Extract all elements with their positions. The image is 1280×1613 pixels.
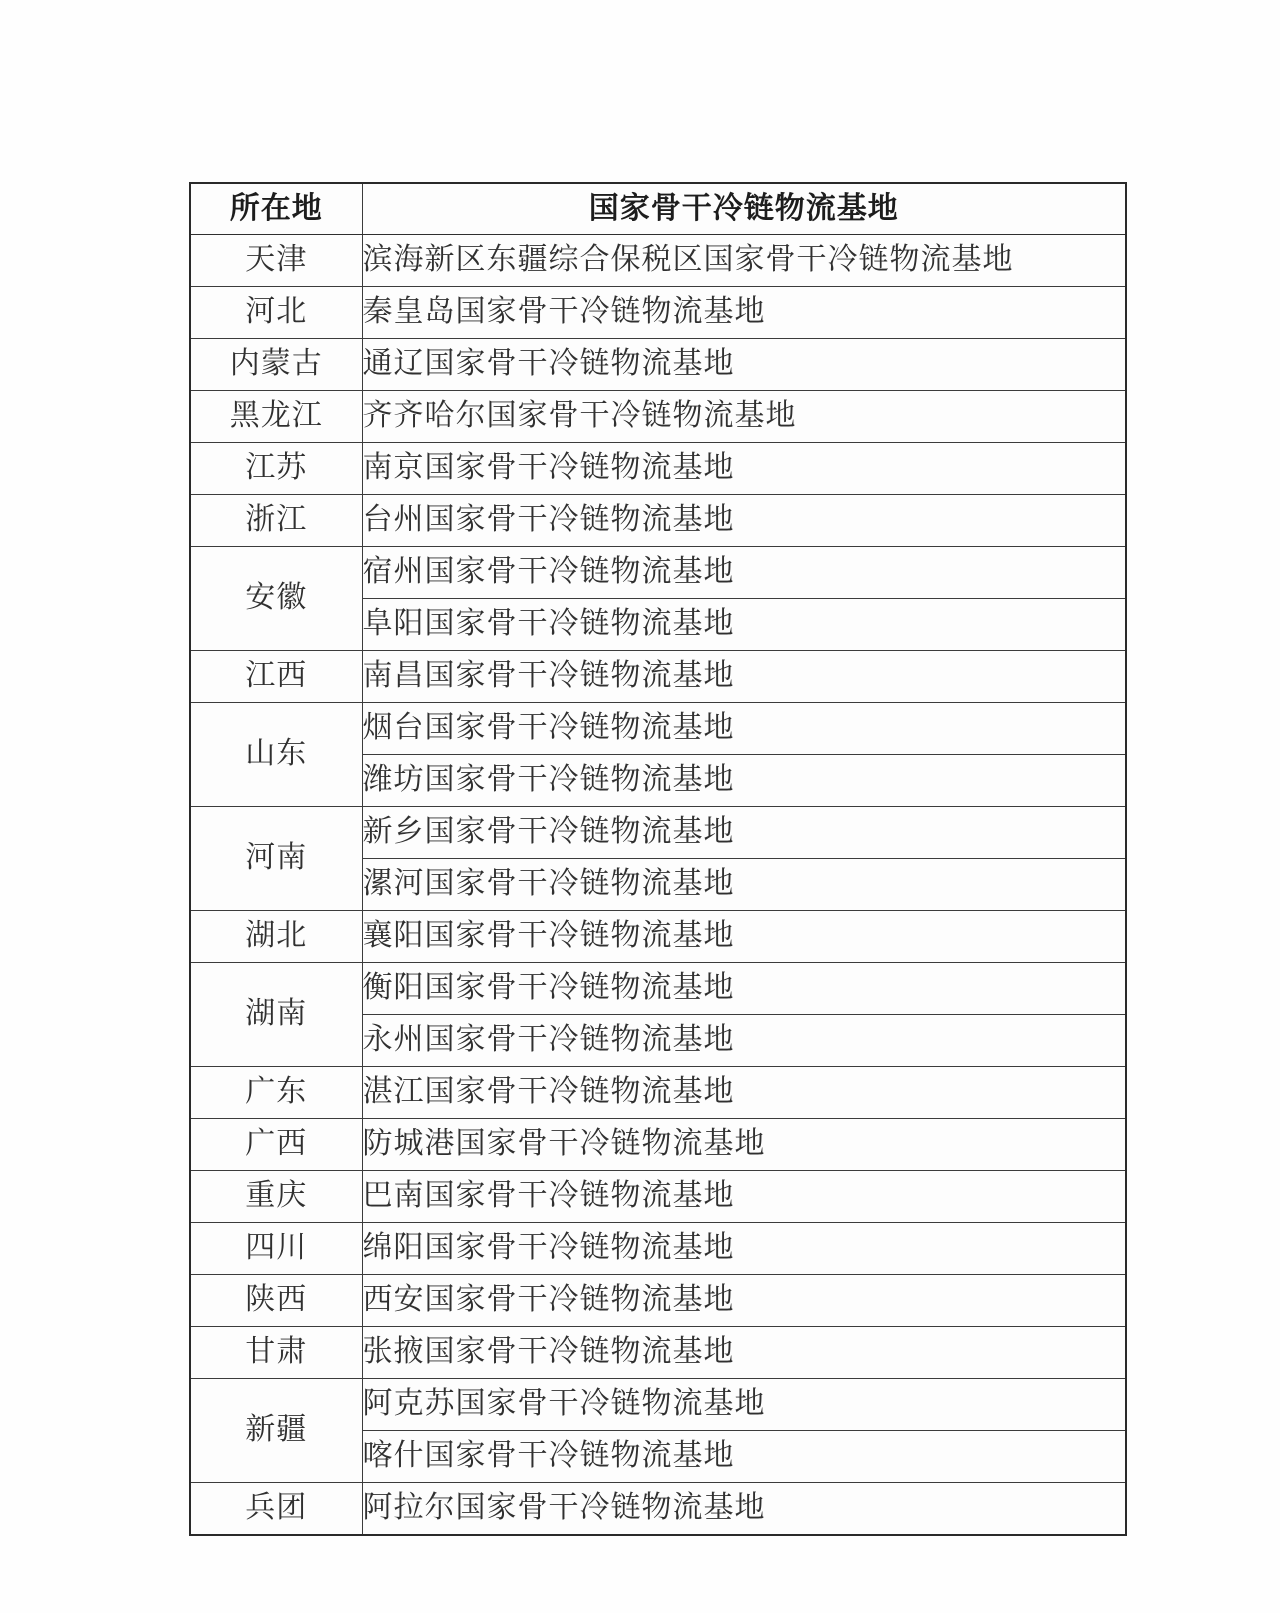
base-cell: 巴南国家骨干冷链物流基地 <box>362 1171 1126 1223</box>
base-cell: 新乡国家骨干冷链物流基地 <box>362 807 1126 859</box>
province-cell: 河南 <box>190 807 362 911</box>
cold-chain-base-table: 所在地 国家骨干冷链物流基地 天津滨海新区东疆综合保税区国家骨干冷链物流基地河北… <box>189 182 1127 1536</box>
base-cell: 宿州国家骨干冷链物流基地 <box>362 547 1126 599</box>
province-cell: 四川 <box>190 1223 362 1275</box>
table-row: 内蒙古通辽国家骨干冷链物流基地 <box>190 339 1126 391</box>
province-cell: 江苏 <box>190 443 362 495</box>
base-cell: 滨海新区东疆综合保税区国家骨干冷链物流基地 <box>362 235 1126 287</box>
province-cell: 天津 <box>190 235 362 287</box>
base-cell: 襄阳国家骨干冷链物流基地 <box>362 911 1126 963</box>
table-row: 新疆阿克苏国家骨干冷链物流基地 <box>190 1379 1126 1431</box>
province-cell: 甘肃 <box>190 1327 362 1379</box>
base-cell: 西安国家骨干冷链物流基地 <box>362 1275 1126 1327</box>
province-cell: 广西 <box>190 1119 362 1171</box>
province-cell: 江西 <box>190 651 362 703</box>
province-cell: 湖南 <box>190 963 362 1067</box>
base-cell: 阜阳国家骨干冷链物流基地 <box>362 599 1126 651</box>
province-cell: 重庆 <box>190 1171 362 1223</box>
table-row: 湖南衡阳国家骨干冷链物流基地 <box>190 963 1126 1015</box>
province-cell: 内蒙古 <box>190 339 362 391</box>
table-row: 山东烟台国家骨干冷链物流基地 <box>190 703 1126 755</box>
table-row: 兵团阿拉尔国家骨干冷链物流基地 <box>190 1483 1126 1536</box>
table-row: 四川绵阳国家骨干冷链物流基地 <box>190 1223 1126 1275</box>
base-cell: 南昌国家骨干冷链物流基地 <box>362 651 1126 703</box>
table-row: 江西南昌国家骨干冷链物流基地 <box>190 651 1126 703</box>
header-base: 国家骨干冷链物流基地 <box>362 183 1126 235</box>
table-row: 甘肃张掖国家骨干冷链物流基地 <box>190 1327 1126 1379</box>
table-row: 广西防城港国家骨干冷链物流基地 <box>190 1119 1126 1171</box>
table-row: 黑龙江齐齐哈尔国家骨干冷链物流基地 <box>190 391 1126 443</box>
base-cell: 南京国家骨干冷链物流基地 <box>362 443 1126 495</box>
table-row: 湖北襄阳国家骨干冷链物流基地 <box>190 911 1126 963</box>
base-cell: 阿拉尔国家骨干冷链物流基地 <box>362 1483 1126 1536</box>
table-row: 浙江台州国家骨干冷链物流基地 <box>190 495 1126 547</box>
base-cell: 张掖国家骨干冷链物流基地 <box>362 1327 1126 1379</box>
table-row: 广东湛江国家骨干冷链物流基地 <box>190 1067 1126 1119</box>
base-cell: 湛江国家骨干冷链物流基地 <box>362 1067 1126 1119</box>
base-cell: 衡阳国家骨干冷链物流基地 <box>362 963 1126 1015</box>
base-cell: 秦皇岛国家骨干冷链物流基地 <box>362 287 1126 339</box>
base-cell: 烟台国家骨干冷链物流基地 <box>362 703 1126 755</box>
base-cell: 永州国家骨干冷链物流基地 <box>362 1015 1126 1067</box>
table-row: 安徽宿州国家骨干冷链物流基地 <box>190 547 1126 599</box>
table-body: 天津滨海新区东疆综合保税区国家骨干冷链物流基地河北秦皇岛国家骨干冷链物流基地内蒙… <box>190 235 1126 1536</box>
province-cell: 山东 <box>190 703 362 807</box>
province-cell: 陕西 <box>190 1275 362 1327</box>
base-cell: 潍坊国家骨干冷链物流基地 <box>362 755 1126 807</box>
base-cell: 喀什国家骨干冷链物流基地 <box>362 1431 1126 1483</box>
base-cell: 绵阳国家骨干冷链物流基地 <box>362 1223 1126 1275</box>
base-cell: 阿克苏国家骨干冷链物流基地 <box>362 1379 1126 1431</box>
table-row: 重庆巴南国家骨干冷链物流基地 <box>190 1171 1126 1223</box>
base-cell: 通辽国家骨干冷链物流基地 <box>362 339 1126 391</box>
table-row: 天津滨海新区东疆综合保税区国家骨干冷链物流基地 <box>190 235 1126 287</box>
base-cell: 防城港国家骨干冷链物流基地 <box>362 1119 1126 1171</box>
province-cell: 广东 <box>190 1067 362 1119</box>
base-cell: 齐齐哈尔国家骨干冷链物流基地 <box>362 391 1126 443</box>
province-cell: 浙江 <box>190 495 362 547</box>
header-location: 所在地 <box>190 183 362 235</box>
province-cell: 安徽 <box>190 547 362 651</box>
table-header-row: 所在地 国家骨干冷链物流基地 <box>190 183 1126 235</box>
table-row: 河北秦皇岛国家骨干冷链物流基地 <box>190 287 1126 339</box>
base-cell: 漯河国家骨干冷链物流基地 <box>362 859 1126 911</box>
document-page: 所在地 国家骨干冷链物流基地 天津滨海新区东疆综合保税区国家骨干冷链物流基地河北… <box>0 0 1280 1613</box>
base-cell: 台州国家骨干冷链物流基地 <box>362 495 1126 547</box>
province-cell: 河北 <box>190 287 362 339</box>
table-row: 河南新乡国家骨干冷链物流基地 <box>190 807 1126 859</box>
table-row: 江苏南京国家骨干冷链物流基地 <box>190 443 1126 495</box>
province-cell: 新疆 <box>190 1379 362 1483</box>
table-row: 陕西西安国家骨干冷链物流基地 <box>190 1275 1126 1327</box>
province-cell: 黑龙江 <box>190 391 362 443</box>
province-cell: 兵团 <box>190 1483 362 1536</box>
province-cell: 湖北 <box>190 911 362 963</box>
